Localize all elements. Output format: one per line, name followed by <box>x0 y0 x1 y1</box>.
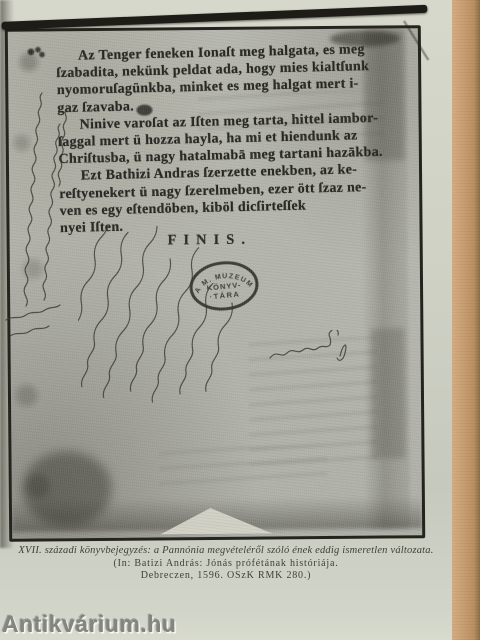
bleedthrough-text-bottom <box>159 445 327 488</box>
left-margin-stains <box>8 31 64 536</box>
finis-label: FINIS. <box>168 232 252 250</box>
bleedthrough-text-middle <box>248 337 377 466</box>
stamp-line2: ·TÁRA <box>209 289 241 301</box>
bottom-left-stain <box>21 451 112 527</box>
antikvarium-watermark: Antikvárium.hu <box>2 611 176 638</box>
museum-library-stamp-icon: A M. MUZEUM KÖNYV- ·TÁRA <box>184 254 265 317</box>
caption-line: XVII. századi könyvbejegyzés: a Pannónia… <box>0 545 452 556</box>
right-mid-smudge <box>370 328 405 458</box>
bottom-edge-notch <box>160 508 272 535</box>
caption-line: (In: Batizi András: Jónás prófétának his… <box>0 558 452 569</box>
table-background-strip <box>452 0 480 640</box>
bottom-edge-shadow <box>12 496 422 532</box>
facsimile-page: Az Tenger feneken Ionaſt meg halgata, es… <box>5 25 425 542</box>
caption: XVII. századi könyvbejegyzés: a Pannónia… <box>0 545 452 581</box>
caption-line: Debreczen, 1596. OSzK RMK 280.) <box>0 570 452 581</box>
corner-ink-mark <box>26 45 46 59</box>
printed-text-block: Az Tenger feneken Ionaſt meg halgata, es… <box>56 40 402 237</box>
